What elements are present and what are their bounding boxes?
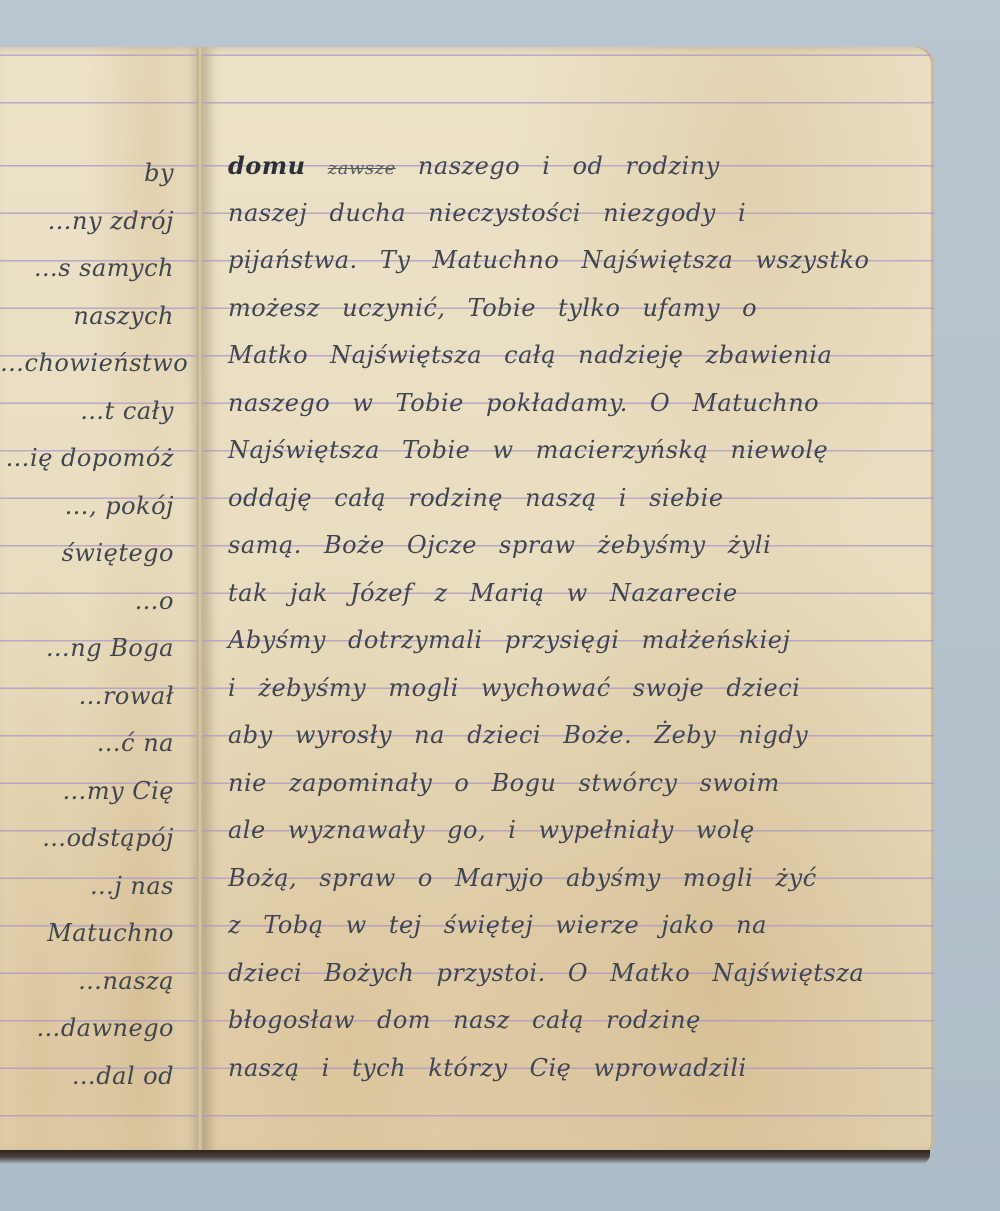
left-line-17: Matuchno	[0, 910, 200, 958]
right-line-11: Abyśmy dotrzymali przysięgi małżeńskiej	[202, 617, 934, 665]
right-line-16: Bożą, spraw o Maryjo abyśmy mogli żyć	[202, 855, 934, 903]
right-page: domu zawsze naszego i od rodziny naszej …	[202, 47, 934, 1155]
right-line-14: nie zapominały o Bogu stwórcy swoim	[202, 760, 934, 808]
right-line-9: samą. Boże Ojcze spraw żebyśmy żyli	[202, 522, 934, 570]
left-line-9: świętego	[0, 530, 200, 578]
right-line-20: naszą i tych którzy Cię wprowadzili	[202, 1045, 934, 1093]
right-line-12: i żebyśmy mogli wychować swoje dzieci	[202, 665, 934, 713]
left-line-6: …t cały	[0, 388, 200, 436]
left-page: by …ny zdrój …s samych naszych …chowieńs…	[0, 47, 200, 1155]
right-line-2: naszej ducha nieczystości niezgody i	[202, 190, 934, 238]
left-line-12: …rował	[0, 673, 200, 721]
left-line-20: …dal od	[0, 1053, 200, 1101]
right-line-15: ale wyznawały go, i wypełniały wolę	[202, 807, 934, 855]
notebook-spread: by …ny zdrój …s samych naszych …chowieńs…	[0, 47, 938, 1157]
right-line-4: możesz uczynić, Tobie tylko ufamy o	[202, 285, 934, 333]
left-line-10: …o	[0, 578, 200, 626]
right-line-6: naszego w Tobie pokładamy. O Matuchno	[202, 380, 934, 428]
left-line-19: …dawnego	[0, 1005, 200, 1053]
page-edge-shadow	[0, 1150, 930, 1164]
word-domu: domu	[228, 151, 306, 180]
right-line-8: oddaję całą rodzinę naszą i siebie	[202, 475, 934, 523]
left-line-7: …ię dopomóż	[0, 435, 200, 483]
left-line-1: by	[0, 150, 200, 198]
left-line-4: naszych	[0, 293, 200, 341]
left-line-15: …odstąpój	[0, 815, 200, 863]
left-line-14: …my Cię	[0, 768, 200, 816]
left-line-3: …s samych	[0, 245, 200, 293]
line-1-rest: naszego i od rodziny	[418, 152, 720, 180]
right-line-18: dzieci Bożych przystoi. O Matko Najświęt…	[202, 950, 934, 998]
left-line-11: …ng Boga	[0, 625, 200, 673]
left-line-8: …, pokój	[0, 483, 200, 531]
right-line-7: Najświętsza Tobie w macierzyńską niewolę	[202, 427, 934, 475]
right-line-17: z Tobą w tej świętej wierze jako na	[202, 902, 934, 950]
left-line-18: …naszą	[0, 958, 200, 1006]
right-line-10: tak jak Józef z Marią w Nazarecie	[202, 570, 934, 618]
right-line-3: pijaństwa. Ty Matuchno Najświętsza wszys…	[202, 237, 934, 285]
left-line-16: …j nas	[0, 863, 200, 911]
left-line-5: …chowieństwo	[0, 340, 200, 388]
right-line-1: domu zawsze naszego i od rodziny	[202, 142, 934, 190]
right-line-19: błogosław dom nasz całą rodzinę	[202, 997, 934, 1045]
right-page-text: domu zawsze naszego i od rodziny naszej …	[202, 142, 934, 1092]
right-line-5: Matko Najświętsza całą nadzieję zbawieni…	[202, 332, 934, 380]
left-line-13: …ć na	[0, 720, 200, 768]
left-page-text: by …ny zdrój …s samych naszych …chowieńs…	[0, 150, 200, 1100]
right-line-13: aby wyrosły na dzieci Boże. Żeby nigdy	[202, 712, 934, 760]
struck-word: zawsze	[328, 158, 396, 179]
left-line-2: …ny zdrój	[0, 198, 200, 246]
